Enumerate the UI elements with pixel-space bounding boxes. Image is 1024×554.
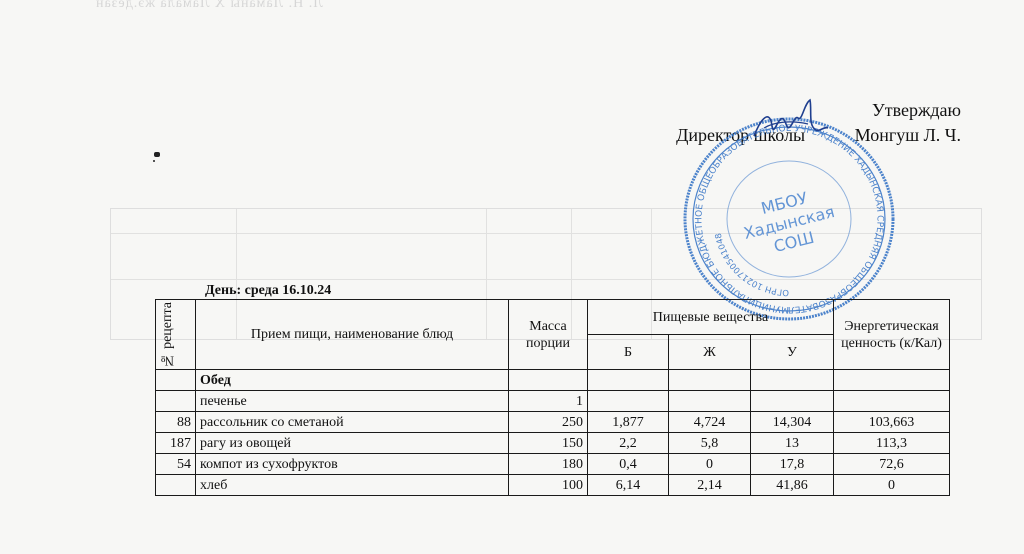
- portion-mass: 100: [509, 475, 588, 496]
- scan-speck: [154, 152, 160, 157]
- scan-speck: [153, 160, 155, 162]
- dish-name: рагу из овощей: [196, 433, 509, 454]
- dish-name: компот из сухофруктов: [196, 454, 509, 475]
- energy: 72,6: [834, 454, 950, 475]
- signature-icon: [750, 96, 830, 146]
- table-row: 54 компот из сухофруктов 180 0,4 0 17,8 …: [156, 454, 950, 475]
- section-row: Обед: [156, 370, 950, 391]
- table-row: печенье 1: [156, 391, 950, 412]
- energy: 103,663: [834, 412, 950, 433]
- header-protein: Б: [588, 335, 669, 370]
- fat: 0: [669, 454, 751, 475]
- fat: 4,724: [669, 412, 751, 433]
- carbs: 41,86: [751, 475, 834, 496]
- recipe-no: 54: [156, 454, 196, 475]
- table-row: хлеб 100 6,14 2,14 41,86 0: [156, 475, 950, 496]
- protein: 2,2: [588, 433, 669, 454]
- menu-table: № рецепта Прием пищи, наименование блюд …: [155, 299, 950, 496]
- dish-name: хлеб: [196, 475, 509, 496]
- fat: [669, 391, 751, 412]
- portion-mass: 1: [509, 391, 588, 412]
- carbs: 13: [751, 433, 834, 454]
- bleed-through-text: Л. Н. Ламаны Х Ламала жэ.дезан: [95, 0, 323, 12]
- recipe-no: [156, 475, 196, 496]
- fat: 2,14: [669, 475, 751, 496]
- energy: 113,3: [834, 433, 950, 454]
- portion-mass: 150: [509, 433, 588, 454]
- header-recipe-no: № рецепта: [156, 300, 196, 370]
- protein: 1,877: [588, 412, 669, 433]
- dish-name: печенье: [196, 391, 509, 412]
- carbs: 17,8: [751, 454, 834, 475]
- portion-mass: 250: [509, 412, 588, 433]
- protein: 0,4: [588, 454, 669, 475]
- recipe-no: 187: [156, 433, 196, 454]
- header-nutrients: Пищевые вещества: [588, 300, 834, 335]
- table-row: 187 рагу из овощей 150 2,2 5,8 13 113,3: [156, 433, 950, 454]
- day-label: День: среда 16.10.24: [205, 283, 331, 299]
- fat: 5,8: [669, 433, 751, 454]
- carbs: 14,304: [751, 412, 834, 433]
- dish-name: рассольник со сметаной: [196, 412, 509, 433]
- header-meal-name: Прием пищи, наименование блюд: [196, 300, 509, 370]
- portion-mass: 180: [509, 454, 588, 475]
- section-title: Обед: [196, 370, 509, 391]
- carbs: [751, 391, 834, 412]
- energy: [834, 391, 950, 412]
- energy: 0: [834, 475, 950, 496]
- protein: [588, 391, 669, 412]
- header-portion-mass: Масса порции: [509, 300, 588, 370]
- header-energy: Энергетическая ценность (к/Кал): [834, 300, 950, 370]
- header-carbs: У: [751, 335, 834, 370]
- recipe-no: 88: [156, 412, 196, 433]
- table-row: 88 рассольник со сметаной 250 1,877 4,72…: [156, 412, 950, 433]
- protein: 6,14: [588, 475, 669, 496]
- recipe-no: [156, 391, 196, 412]
- header-fat: Ж: [669, 335, 751, 370]
